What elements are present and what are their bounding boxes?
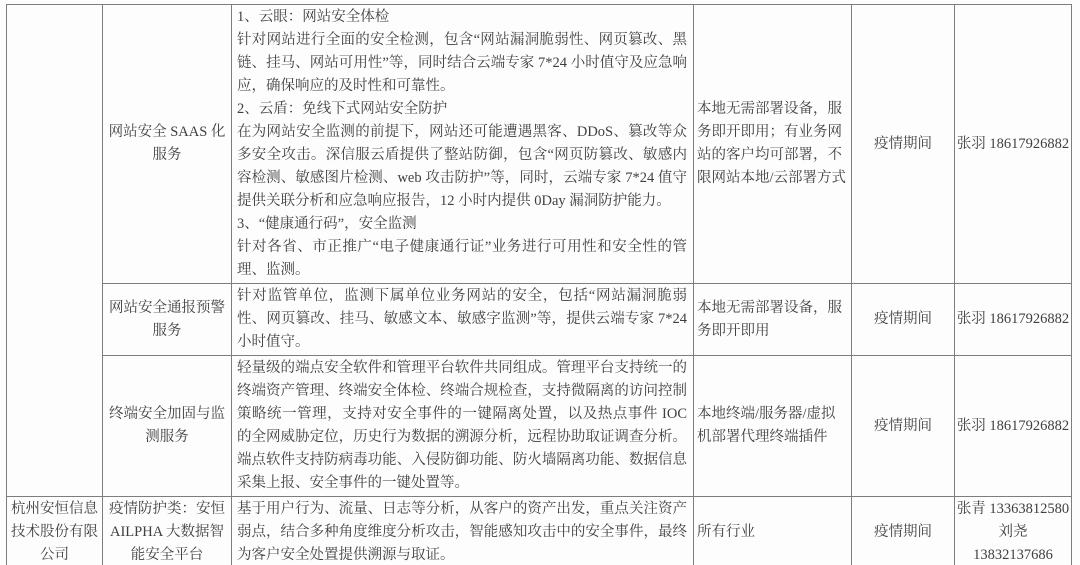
table-row: 网站安全通报预警服务 针对监管单位，监测下属单位业务网站的安全，包括“网站漏洞脆…	[7, 284, 1072, 356]
scanned-document-page: 网站安全 SAAS 化服务 1、云眼：网站安全体检 针对网站进行全面的安全检测，…	[0, 0, 1080, 565]
period-cell: 疫情期间	[852, 356, 955, 497]
service-name-cell: 网站安全通报预警服务	[103, 284, 232, 356]
services-table: 网站安全 SAAS 化服务 1、云眼：网站安全体检 针对网站进行全面的安全检测，…	[6, 4, 1072, 565]
company-cell	[7, 5, 103, 497]
period-cell: 疫情期间	[852, 497, 955, 565]
deployment-cell: 所有行业	[694, 497, 852, 565]
contact-cell: 张羽 18617926882	[955, 284, 1072, 356]
period-cell: 疫情期间	[852, 284, 955, 356]
contact-cell: 张羽 18617926882	[955, 5, 1072, 284]
service-name-cell: 终端安全加固与监测服务	[103, 356, 232, 497]
service-description-cell: 轻量级的端点安全软件和管理平台软件共同组成。管理平台支持统一的终端资产管理、终端…	[232, 356, 694, 497]
service-description-cell: 1、云眼：网站安全体检 针对网站进行全面的安全检测，包含“网站漏洞脆弱性、网页篡…	[232, 5, 694, 284]
service-description-cell: 针对监管单位，监测下属单位业务网站的安全，包括“网站漏洞脆弱性、网页篡改、挂马、…	[232, 284, 694, 356]
table-row: 杭州安恒信息技术股份有限公司 疫情防护类：安恒 AILPHA 大数据智能安全平台…	[7, 497, 1072, 565]
deployment-cell: 本地无需部署设备，服务即开即用；有业务网站的客户均可部署，不限网站本地/云部署方…	[694, 5, 852, 284]
deployment-cell: 本地无需部署设备，服务即开即用	[694, 284, 852, 356]
contact-cell: 张青 13363812580 刘尧 13832137686	[955, 497, 1072, 565]
company-cell: 杭州安恒信息技术股份有限公司	[7, 497, 103, 565]
contact-cell: 张羽 18617926882	[955, 356, 1072, 497]
service-name-cell: 疫情防护类：安恒 AILPHA 大数据智能安全平台	[103, 497, 232, 565]
deployment-cell: 本地终端/服务器/虚拟机部署代理终端插件	[694, 356, 852, 497]
period-cell: 疫情期间	[852, 5, 955, 284]
service-description-cell: 基于用户行为、流量、日志等分析，从客户的资产出发，重点关注资产弱点，结合多种角度…	[232, 497, 694, 565]
service-name-cell: 网站安全 SAAS 化服务	[103, 5, 232, 284]
table-row: 网站安全 SAAS 化服务 1、云眼：网站安全体检 针对网站进行全面的安全检测，…	[7, 5, 1072, 284]
table-row: 终端安全加固与监测服务 轻量级的端点安全软件和管理平台软件共同组成。管理平台支持…	[7, 356, 1072, 497]
